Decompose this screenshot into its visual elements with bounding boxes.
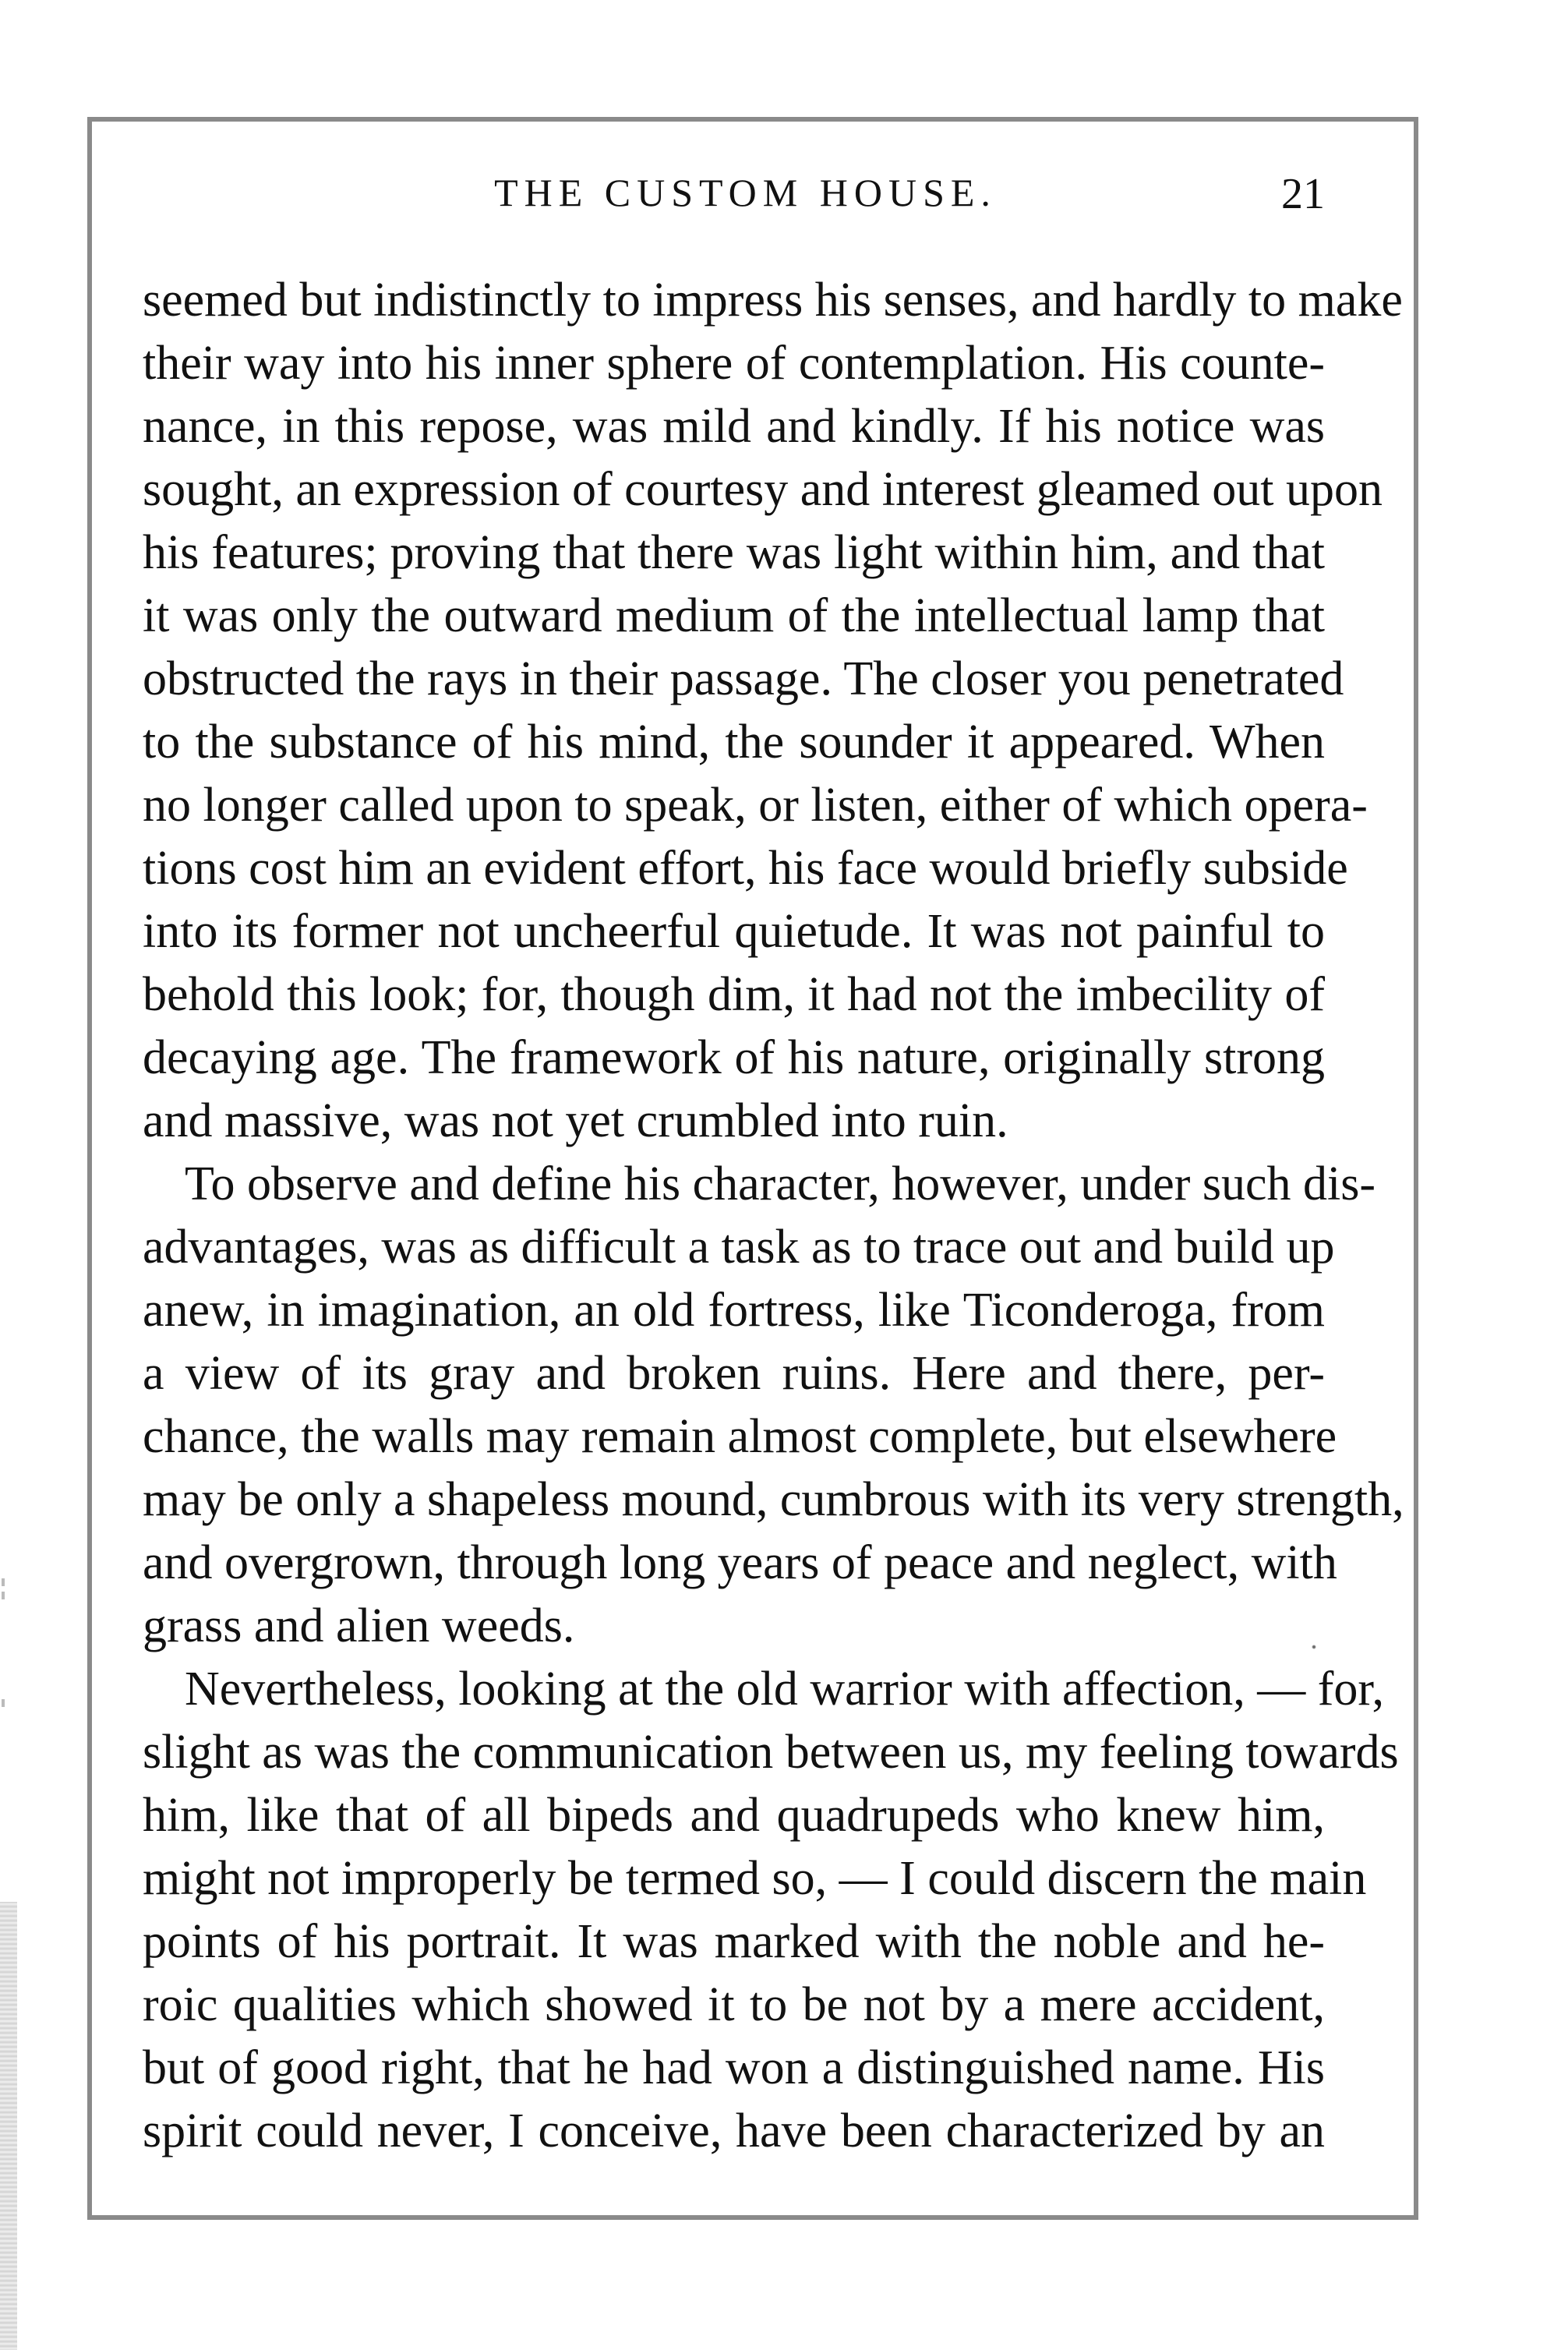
- scan-edge-shadow: [0, 1902, 17, 2350]
- text-line: tions cost him an evident effort, his fa…: [143, 837, 1325, 900]
- text-line: may be only a shapeless mound, cumbrous …: [143, 1468, 1325, 1532]
- text-line: a view of its gray and broken ruins. Her…: [143, 1342, 1325, 1405]
- paragraph-end-line: and massive, was not yet crumbled into r…: [143, 1090, 1325, 1153]
- paragraph-start-line: Nevertheless, looking at the old warrior…: [143, 1658, 1325, 1721]
- text-line: obstructed the rays in their passage. Th…: [143, 648, 1325, 711]
- paragraph-end-line: grass and alien weeds.: [143, 1595, 1325, 1658]
- text-line: roic qualities which showed it to be not…: [143, 1974, 1325, 2037]
- running-title: THE CUSTOM HOUSE.: [143, 165, 1325, 220]
- scan-speck: [2, 1578, 5, 1586]
- scan-speck: [1312, 1645, 1316, 1649]
- text-line: and overgrown, through long years of pea…: [143, 1532, 1325, 1595]
- text-line: might not improperly be termed so, — I c…: [143, 1847, 1325, 1910]
- text-line: sought, an expression of courtesy and in…: [143, 458, 1325, 521]
- scan-speck: [2, 1592, 5, 1599]
- text-line: points of his portrait. It was marked wi…: [143, 1910, 1325, 1974]
- text-line: but of good right, that he had won a dis…: [143, 2037, 1325, 2100]
- paragraph-start-line: To observe and define his character, how…: [143, 1153, 1325, 1216]
- text-line: anew, in imagination, an old fortress, l…: [143, 1279, 1325, 1342]
- text-line: spirit could never, I conceive, have bee…: [143, 2100, 1325, 2163]
- body-text: seemed but indistinctly to impress his s…: [143, 269, 1325, 2163]
- text-line: his features; proving that there was lig…: [143, 521, 1325, 585]
- text-line: advantages, was as difficult a task as t…: [143, 1216, 1325, 1279]
- scan-speck: [2, 1699, 5, 1707]
- text-line: it was only the outward medium of the in…: [143, 585, 1325, 648]
- text-line: into its former not uncheerful quietude.…: [143, 900, 1325, 963]
- text-line: him, like that of all bipeds and quadrup…: [143, 1784, 1325, 1847]
- text-line: nance, in this repose, was mild and kind…: [143, 395, 1325, 458]
- text-line: to the substance of his mind, the sounde…: [143, 711, 1325, 774]
- text-line: their way into his inner sphere of conte…: [143, 332, 1325, 395]
- text-line: behold this look; for, though dim, it ha…: [143, 963, 1325, 1027]
- text-line: slight as was the communication between …: [143, 1721, 1325, 1784]
- text-line: decaying age. The framework of his natur…: [143, 1027, 1325, 1090]
- running-head: THE CUSTOM HOUSE. 21: [143, 165, 1325, 220]
- text-line: chance, the walls may remain almost comp…: [143, 1405, 1325, 1468]
- text-line: no longer called upon to speak, or liste…: [143, 774, 1325, 837]
- text-line: seemed but indistinctly to impress his s…: [143, 269, 1325, 332]
- page-number: 21: [1281, 167, 1325, 221]
